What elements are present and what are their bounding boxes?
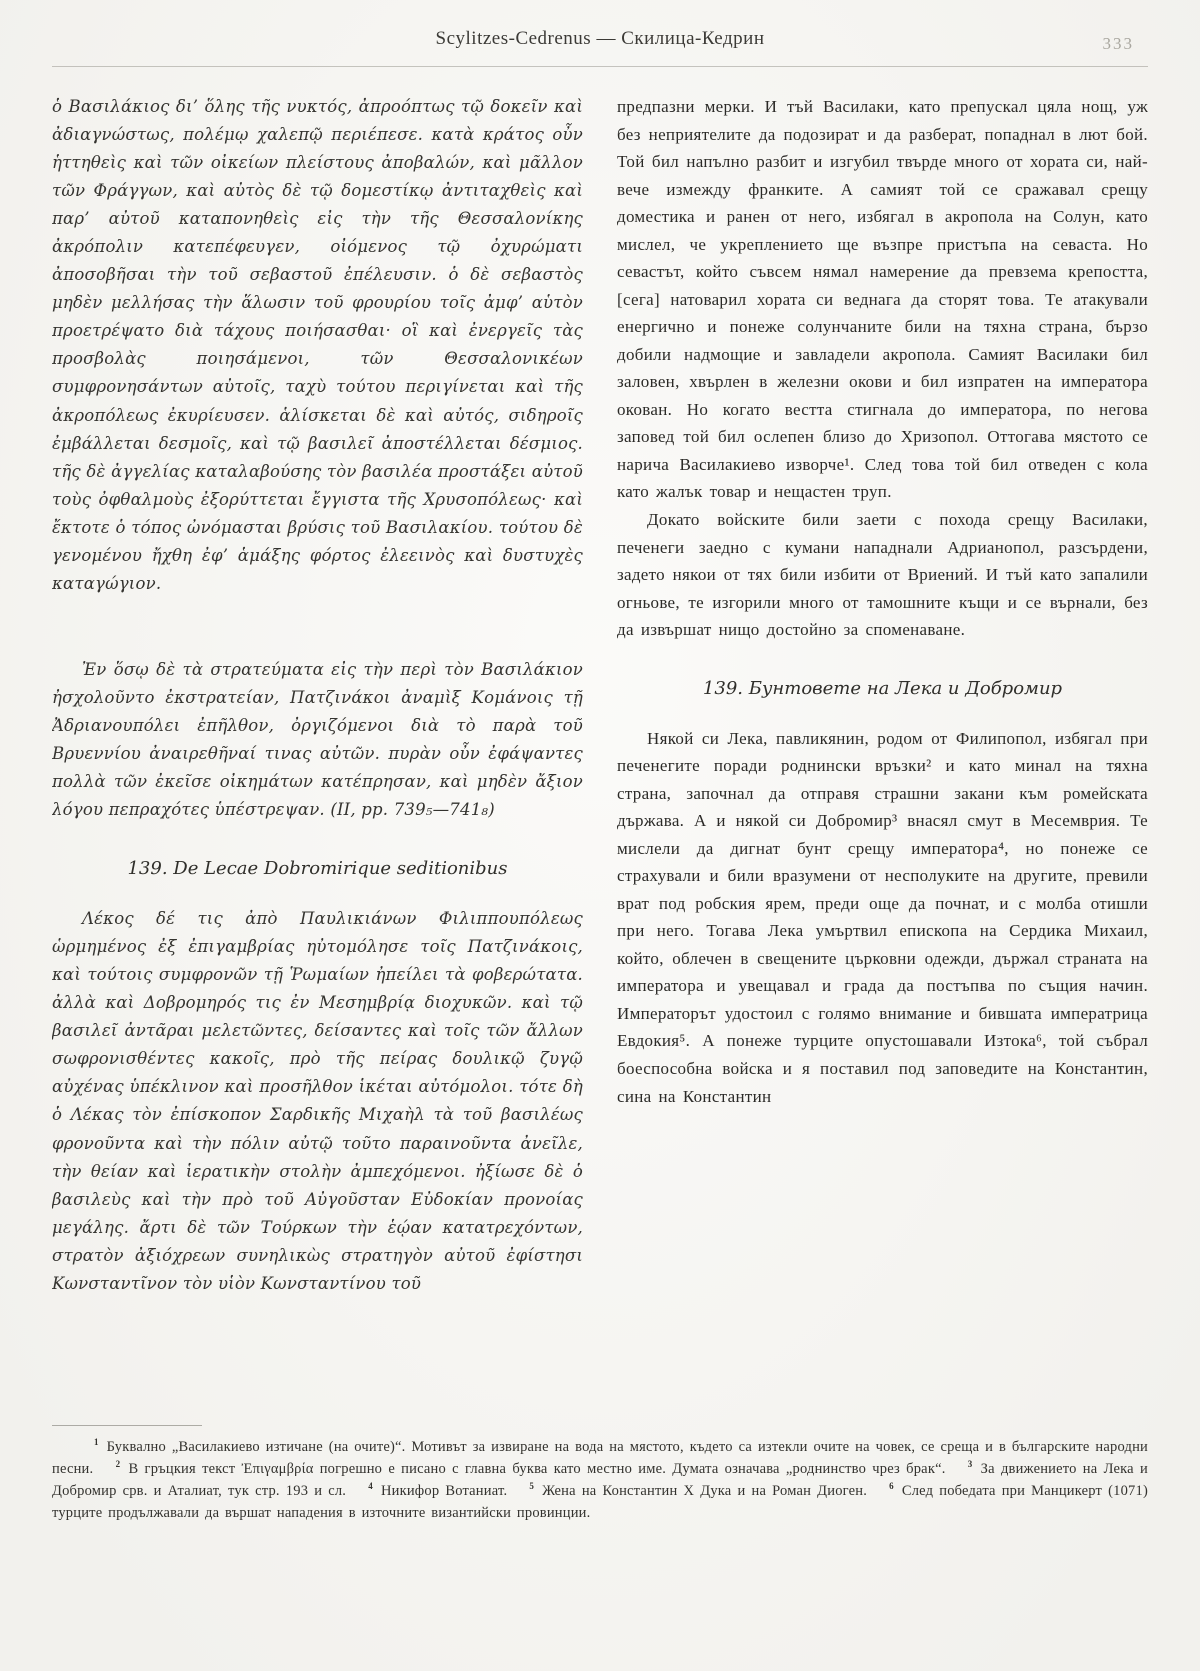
running-title: Scylitzes-Cedrenus — Скилица-Кедрин — [52, 28, 1148, 50]
footnote-number: 5 — [529, 1481, 536, 1491]
bulgarian-paragraph-3: Някой си Лека, павликянин, родом от Фили… — [617, 725, 1148, 1110]
bulgarian-paragraph-1: предпазни мерки. И тъй Василаки, като пр… — [617, 93, 1148, 506]
footnote-item: 4 Никифор Вотаниат. — [368, 1483, 507, 1499]
bulgarian-paragraph-2: Докато войските били заети с похода срещ… — [617, 506, 1148, 644]
greek-paragraph-2: Ἐν ὅσῳ δὲ τὰ στρατεύματα εἰς τὴν περὶ τὸ… — [52, 656, 583, 824]
greek-source-column: ὁ Βασιλάκιος δι’ ὅλης τῆς νυκτός, ἀπροόπ… — [52, 93, 583, 1411]
footnote-number: 6 — [889, 1481, 896, 1491]
section-heading-bulgarian: 139. Бунтовете на Лека и Добромир — [617, 678, 1148, 699]
greek-paragraph-1: ὁ Βασιλάκιος δι’ ὅλης τῆς νυκτός, ἀπροόπ… — [52, 93, 583, 598]
footnote-separator-rule — [52, 1425, 202, 1426]
footnote-number: 2 — [116, 1459, 123, 1469]
page-number: 333 — [1103, 34, 1135, 54]
two-column-body: ὁ Βασιλάκιος δι’ ὅλης τῆς νυκτός, ἀπροόπ… — [52, 93, 1148, 1411]
footnote-item: 5 Жена на Константин X Дука и на Роман Д… — [529, 1483, 867, 1499]
footnote-item: 2 В гръцкия текст Ἐπιγαμβρία погрешно е … — [116, 1461, 946, 1477]
header-rule — [52, 66, 1148, 67]
greek-paragraph-3: Λέκος δέ τις ἀπὸ Παυλικιάνων Φιλιππουπόλ… — [52, 905, 583, 1298]
section-heading-latin: 139. De Lecae Dobromirique seditionibus — [52, 858, 583, 879]
scanned-book-page: Scylitzes-Cedrenus — Скилица-Кедрин 333 … — [0, 0, 1200, 1671]
footnote-number: 3 — [968, 1459, 975, 1469]
bulgarian-translation-column: предпазни мерки. И тъй Василаки, като пр… — [617, 93, 1148, 1411]
footnotes-text: 1 Буквално „Василакиево изтичане (на очи… — [52, 1436, 1148, 1524]
footnote-number: 4 — [368, 1481, 375, 1491]
running-head: Scylitzes-Cedrenus — Скилица-Кедрин 333 — [52, 28, 1148, 62]
footnote-number: 1 — [94, 1437, 101, 1447]
